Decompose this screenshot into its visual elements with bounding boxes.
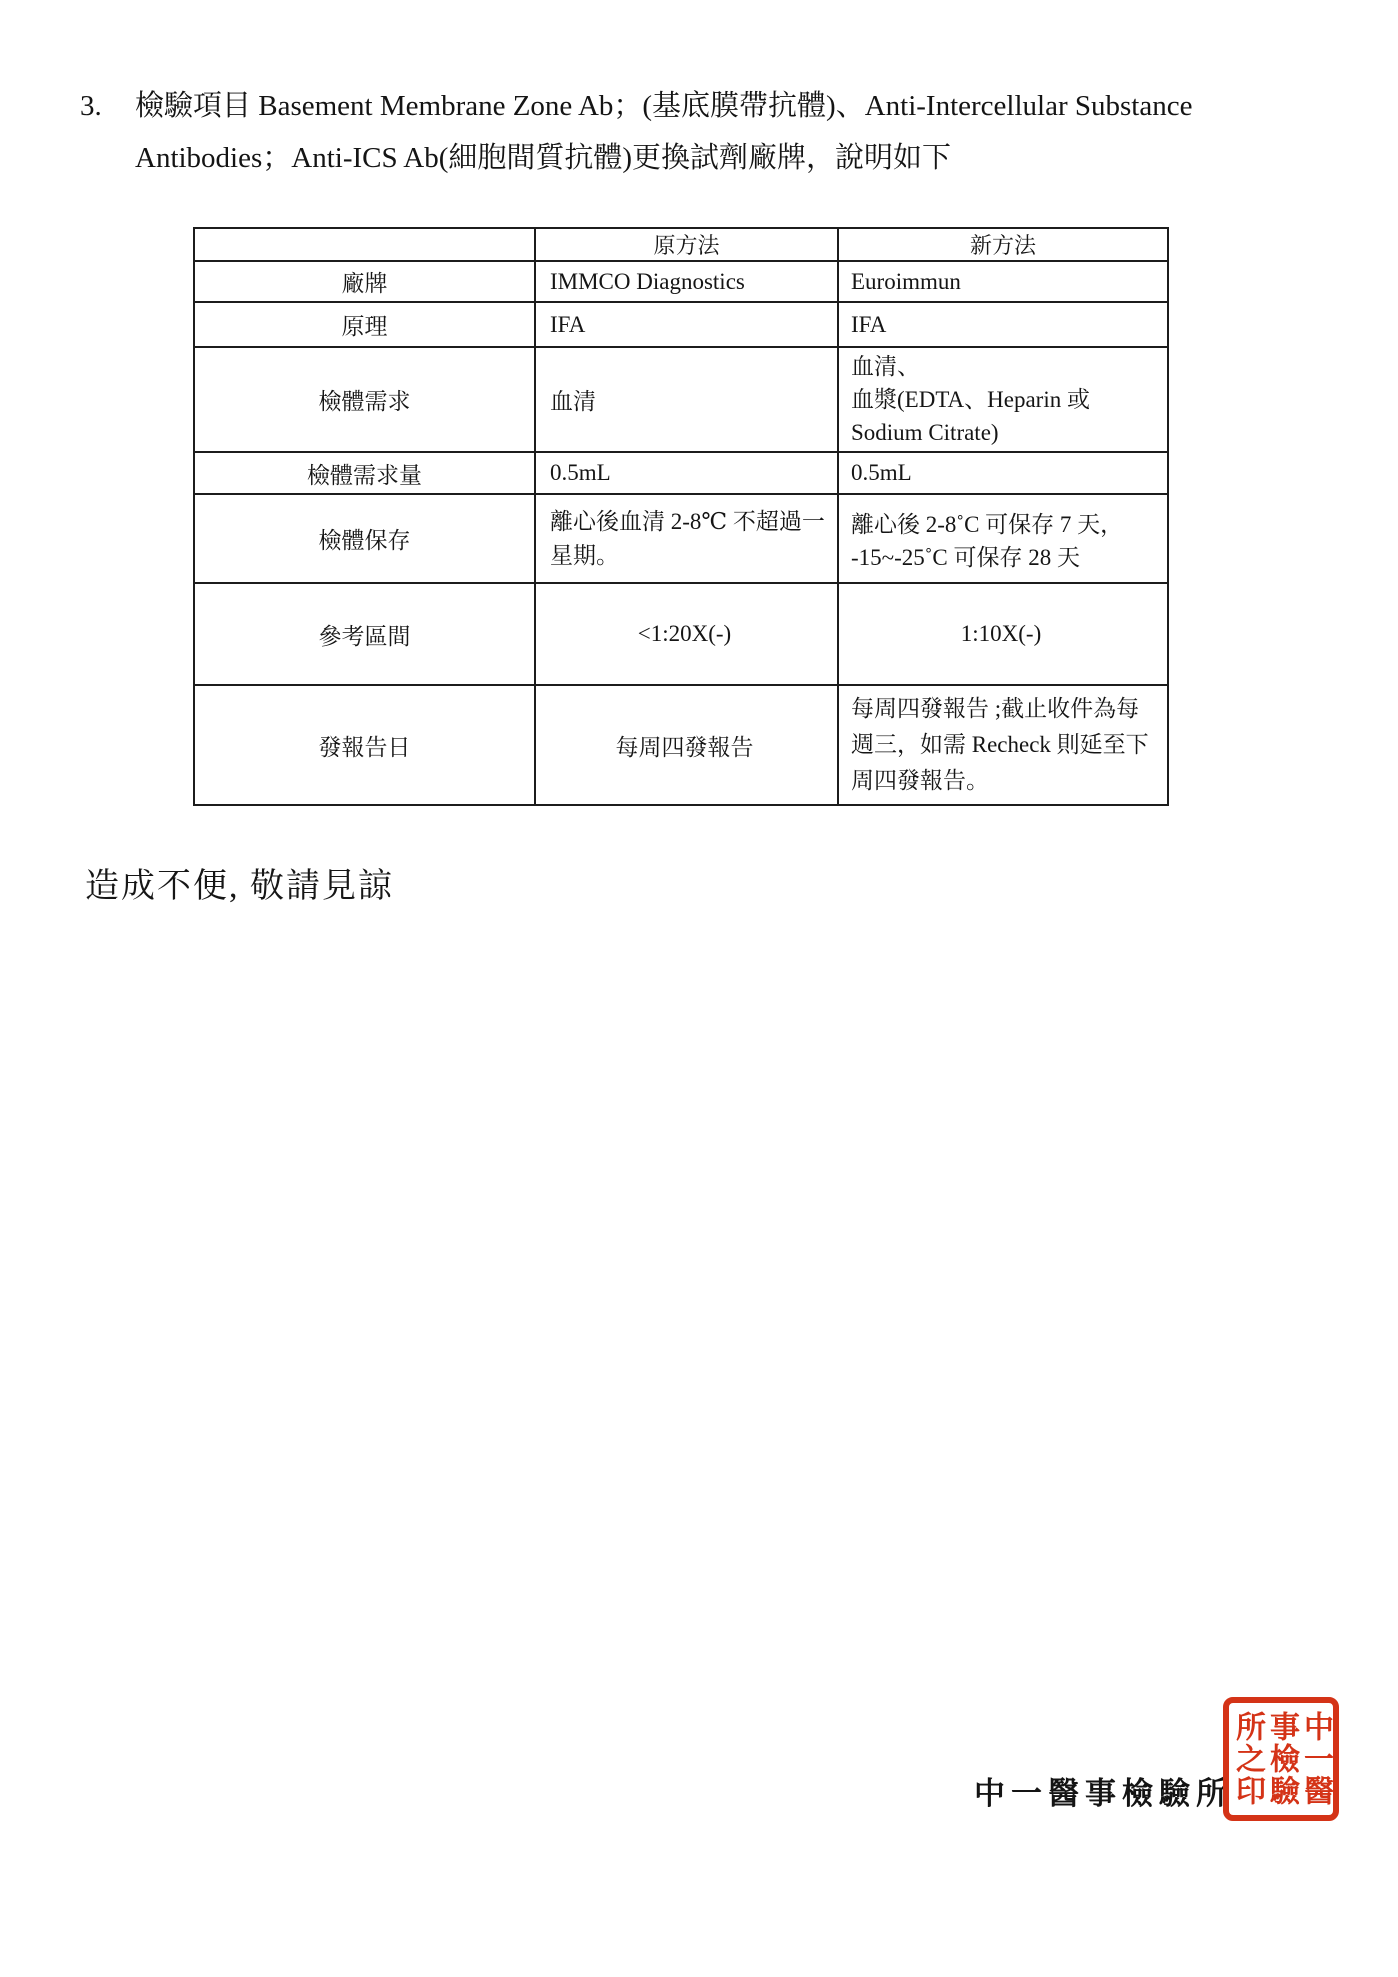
heading-line-1: 檢驗項目 Basement Membrane Zone Ab；(基底膜帶抗體)、… [135,80,1340,132]
table-row-report-day: 發報告日 每周四發報告 每周四發報告 ;截止收件為每週三，如需 Recheck … [194,685,1168,805]
row-label: 發報告日 [194,685,535,805]
new-value: IFA [838,302,1168,347]
row-label: 參考區間 [194,583,535,685]
row-label: 廠牌 [194,261,535,302]
item-heading: 3. 檢驗項目 Basement Membrane Zone Ab；(基底膜帶抗… [80,80,1340,184]
table-row-specimen-requirement: 檢體需求 血清 血清、 血漿(EDTA、Heparin 或 Sodium Cit… [194,347,1168,452]
old-value: 血清 [535,347,838,452]
header-old-method: 原方法 [535,228,838,261]
table-row-principle: 原理 IFA IFA [194,302,1168,347]
new-value: 0.5mL [838,452,1168,494]
header-new-method: 新方法 [838,228,1168,261]
red-lab-seal-stamp: 中一醫 事檢驗 所之印 [1223,1697,1339,1821]
table-row-specimen-storage: 檢體保存 離心後血清 2-8℃ 不超過一 星期。 離心後 2-8˚C 可保存 7… [194,494,1168,583]
closing-apology-text: 造成不便, 敬請見諒 [85,858,394,907]
table-row-brand: 廠牌 IMMCO Diagnostics Euroimmun [194,261,1168,302]
item-number: 3. [80,80,135,132]
old-value: IFA [535,302,838,347]
new-value: Euroimmun [838,261,1168,302]
row-label: 檢體需求量 [194,452,535,494]
heading-line-2: Antibodies；Anti-ICS Ab(細胞間質抗體)更換試劑廠牌，說明如… [135,132,1340,184]
item-heading-text: 檢驗項目 Basement Membrane Zone Ab；(基底膜帶抗體)、… [135,80,1340,184]
row-label: 檢體需求 [194,347,535,452]
table-row-specimen-volume: 檢體需求量 0.5mL 0.5mL [194,452,1168,494]
old-value: <1:20X(-) [535,583,838,685]
old-value: 每周四發報告 [535,685,838,805]
table-row-reference-interval: 參考區間 <1:20X(-) 1:10X(-) [194,583,1168,685]
document-page: 3. 檢驗項目 Basement Membrane Zone Ab；(基底膜帶抗… [0,0,1398,1977]
method-comparison-table: 原方法 新方法 廠牌 IMMCO Diagnostics Euroimmun 原… [193,227,1169,806]
old-value: IMMCO Diagnostics [535,261,838,302]
new-value: 離心後 2-8˚C 可保存 7 天， -15~-25˚C 可保存 28 天 [838,494,1168,583]
lab-signature-text: 中一醫事檢驗所 [974,1768,1233,1813]
row-label: 檢體保存 [194,494,535,583]
old-value: 0.5mL [535,452,838,494]
old-value: 離心後血清 2-8℃ 不超過一 星期。 [535,494,838,583]
new-value: 1:10X(-) [838,583,1168,685]
seal-characters: 中一醫 事檢驗 所之印 [1230,1711,1332,1807]
new-value: 血清、 血漿(EDTA、Heparin 或 Sodium Citrate) [838,347,1168,452]
new-value: 每周四發報告 ;截止收件為每週三，如需 Recheck 則延至下周四發報告。 [838,685,1168,805]
row-label: 原理 [194,302,535,347]
table-header-row: 原方法 新方法 [194,228,1168,261]
header-blank [194,228,535,261]
